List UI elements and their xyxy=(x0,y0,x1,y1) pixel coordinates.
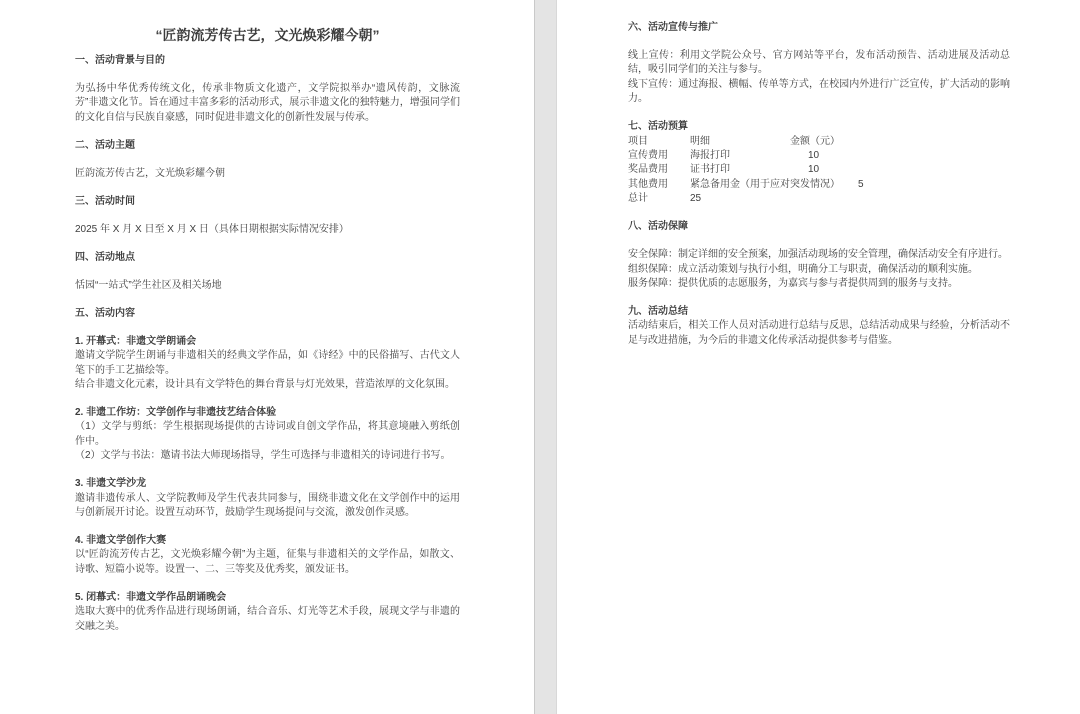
budget-header-detail: 明细 xyxy=(690,135,790,149)
para-sec6: 线上宣传：利用文学院公众号、官方网站等平台，发布活动预告、活动进展及活动总结，吸… xyxy=(628,49,1010,107)
activity-item-1: 1. 开幕式：非遗文学朗诵会 邀请文学院学生朗诵与非遗相关的经典文学作品，如《诗… xyxy=(75,335,460,393)
activity-item-3-line-1: 邀请非遗传承人、文学院教师及学生代表共同参与，围绕非遗文化在文学创作中的运用与创… xyxy=(75,492,460,521)
activity-item-1-line-1: 邀请文学院学生朗诵与非遗相关的经典文学作品，如《诗经》中的民俗描写、古代文人笔下… xyxy=(75,349,460,378)
budget-row-total: 总计 25 xyxy=(628,192,1010,206)
document-page-1: “匠韵流芳传古艺，文光焕彩耀今朝” 一、活动背景与目的 为弘扬中华优秀传统文化，… xyxy=(0,0,534,714)
heading-sec9: 九、活动总结 xyxy=(628,305,1010,319)
activity-item-1-line-2: 结合非遗文化元素，设计具有文学特色的舞台背景与灯光效果，营造浓厚的文化氛围。 xyxy=(75,378,460,392)
budget-total-amount: 25 xyxy=(690,192,790,206)
budget-row-1-detail: 海报打印 xyxy=(690,149,790,163)
document-viewer: “匠韵流芳传古艺，文光焕彩耀今朝” 一、活动背景与目的 为弘扬中华优秀传统文化，… xyxy=(0,0,1080,714)
para-sec9: 活动结束后，相关工作人员对活动进行总结与反思，总结活动成果与经验，分析活动不足与… xyxy=(628,319,1010,348)
document-page-2: 六、活动宣传与推广 线上宣传：利用文学院公众号、官方网站等平台，发布活动预告、活… xyxy=(557,0,1080,714)
para-sec8: 安全保障：制定详细的安全预案，加强活动现场的安全管理，确保活动安全有序进行。 组… xyxy=(628,248,1010,291)
sec6-line-1: 线上宣传：利用文学院公众号、官方网站等平台，发布活动预告、活动进展及活动总结，吸… xyxy=(628,49,1010,78)
sec8-line-3: 服务保障：提供优质的志愿服务，为嘉宾与参与者提供周到的服务与支持。 xyxy=(628,277,1010,291)
activity-item-5-title: 5. 闭幕式：非遗文学作品朗诵晚会 xyxy=(75,591,460,605)
activity-item-4-line-1: 以“匠韵流芳传古艺，文光焕彩耀今朝”为主题，征集与非遗相关的文学作品，如散文、诗… xyxy=(75,548,460,577)
activity-item-5: 5. 闭幕式：非遗文学作品朗诵晚会 选取大赛中的优秀作品进行现场朗诵，结合音乐、… xyxy=(75,591,460,634)
sec6-line-2: 线下宣传：通过海报、横幅、传单等方式，在校园内外进行广泛宣传，扩大活动的影响力。 xyxy=(628,78,1010,107)
heading-sec3: 三、活动时间 xyxy=(75,195,460,209)
activity-item-3: 3. 非遗文学沙龙 邀请非遗传承人、文学院教师及学生代表共同参与，围绕非遗文化在… xyxy=(75,477,460,520)
para-sec1: 为弘扬中华优秀传统文化，传承非物质文化遗产，文学院拟举办“遗风传韵，文脉流芳”非… xyxy=(75,82,460,125)
activity-item-5-line-1: 选取大赛中的优秀作品进行现场朗诵，结合音乐、灯光等艺术手段，展现文学与非遗的交融… xyxy=(75,605,460,634)
budget-total-label: 总计 xyxy=(628,192,690,206)
budget-row-2: 奖品费用 证书打印 10 xyxy=(628,163,1010,177)
budget-row-2-detail: 证书打印 xyxy=(690,163,790,177)
page-divider xyxy=(534,0,557,714)
activity-item-2-title: 2. 非遗工作坊：文学创作与非遗技艺结合体验 xyxy=(75,406,460,420)
activity-item-4: 4. 非遗文学创作大赛 以“匠韵流芳传古艺，文光焕彩耀今朝”为主题，征集与非遗相… xyxy=(75,534,460,577)
page-2-content: 六、活动宣传与推广 线上宣传：利用文学院公众号、官方网站等平台，发布活动预告、活… xyxy=(557,0,1080,348)
sec8-line-2: 组织保障：成立活动策划与执行小组，明确分工与职责，确保活动的顺利实施。 xyxy=(628,263,1010,277)
budget-row-1: 宣传费用 海报打印 10 xyxy=(628,149,1010,163)
budget-table-header: 项目 明细 金额（元） xyxy=(628,135,1010,149)
activity-item-2: 2. 非遗工作坊：文学创作与非遗技艺结合体验 （1）文学与剪纸：学生根据现场提供… xyxy=(75,406,460,464)
heading-sec2: 二、活动主题 xyxy=(75,139,460,153)
document-title: “匠韵流芳传古艺，文光焕彩耀今朝” xyxy=(75,26,460,44)
budget-row-3-amount: 5 xyxy=(840,178,864,192)
budget-row-3-detail: 紧急备用金（用于应对突发情况） xyxy=(690,178,840,192)
para-sec3: 2025 年 X 月 X 日至 X 月 X 日（具体日期根据实际情况安排） xyxy=(75,223,460,237)
page-1-content: “匠韵流芳传古艺，文光焕彩耀今朝” 一、活动背景与目的 为弘扬中华优秀传统文化，… xyxy=(0,0,534,634)
budget-row-2-item: 奖品费用 xyxy=(628,163,690,177)
activity-item-2-line-2: （2）文学与书法：邀请书法大师现场指导，学生可选择与非遗相关的诗词进行书写。 xyxy=(75,449,460,463)
activity-item-4-title: 4. 非遗文学创作大赛 xyxy=(75,534,460,548)
budget-table: 项目 明细 金额（元） 宣传费用 海报打印 10 奖品费用 证书打印 10 其他… xyxy=(628,135,1010,207)
budget-row-3: 其他费用 紧急备用金（用于应对突发情况） 5 xyxy=(628,178,1010,192)
activity-item-2-line-1: （1）文学与剪纸：学生根据现场提供的古诗词或自创文学作品，将其意境融入剪纸创作中… xyxy=(75,420,460,449)
activity-item-1-title: 1. 开幕式：非遗文学朗诵会 xyxy=(75,335,460,349)
heading-sec1: 一、活动背景与目的 xyxy=(75,54,460,68)
para-sec2: 匠韵流芳传古艺，文光焕彩耀今朝 xyxy=(75,167,460,181)
budget-row-1-amount: 10 xyxy=(790,149,819,163)
budget-header-amount: 金额（元） xyxy=(790,135,840,149)
budget-row-1-item: 宣传费用 xyxy=(628,149,690,163)
activity-item-3-title: 3. 非遗文学沙龙 xyxy=(75,477,460,491)
para-sec4: 恬园“一站式”学生社区及相关场地 xyxy=(75,279,460,293)
budget-row-3-item: 其他费用 xyxy=(628,178,690,192)
heading-sec7: 七、活动预算 xyxy=(628,120,1010,134)
sec8-line-1: 安全保障：制定详细的安全预案，加强活动现场的安全管理，确保活动安全有序进行。 xyxy=(628,248,1010,262)
heading-sec4: 四、活动地点 xyxy=(75,251,460,265)
heading-sec8: 八、活动保障 xyxy=(628,220,1010,234)
budget-total-empty xyxy=(790,192,808,206)
budget-header-item: 项目 xyxy=(628,135,690,149)
budget-row-2-amount: 10 xyxy=(790,163,819,177)
heading-sec5: 五、活动内容 xyxy=(75,307,460,321)
heading-sec6: 六、活动宣传与推广 xyxy=(628,21,1010,35)
